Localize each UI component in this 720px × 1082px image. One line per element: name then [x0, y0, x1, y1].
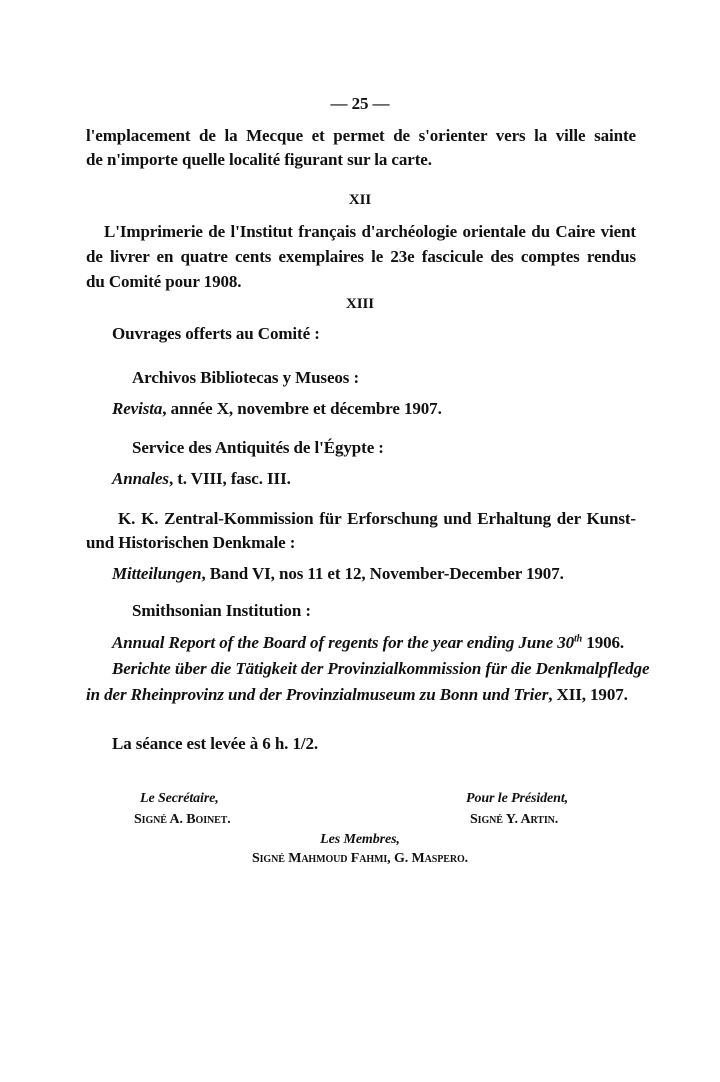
work-entry: Mitteilungen, Band VI, nos 11 et 12, Nov…	[112, 564, 564, 584]
members-role: Les Membres,	[0, 830, 720, 850]
donor-name: K. K. Zentral-Kommission für Erforschung…	[118, 509, 636, 529]
donor-name: Service des Antiquités de l'Égypte :	[132, 438, 384, 458]
work-details: , année X, novembre et décembre 1907.	[162, 399, 441, 418]
section-heading-xii: XII	[0, 190, 720, 210]
paragraph-line: L'Imprimerie de l'Institut français d'ar…	[104, 222, 636, 242]
closing-statement: La séance est levée à 6 h. 1/2.	[112, 734, 318, 754]
paragraph-line: de n'importe quelle localité figurant su…	[86, 150, 432, 170]
page-number: — 25 —	[0, 94, 720, 114]
work-title: Mitteilungen	[112, 564, 202, 583]
donor-name: und Historischen Denkmale :	[86, 533, 295, 553]
paragraph-line: de livrer en quatre cents exemplaires le…	[86, 247, 636, 267]
members-signature: Signé Mahmoud Fahmi, G. Maspero.	[0, 849, 720, 869]
president-signature: Signé Y. Artin.	[470, 810, 558, 830]
work-details: , Band VI, nos 11 et 12, November-Decemb…	[202, 564, 564, 583]
work-title: Revista	[112, 399, 162, 418]
work-details: , t. VIII, fasc. III.	[169, 469, 291, 488]
work-title: in der Rheinprovinz und der Provinzialmu…	[86, 685, 548, 704]
work-title: Annual Report of the Board of regents fo…	[112, 633, 574, 652]
paragraph-line: l'emplacement de la Mecque et permet de …	[86, 126, 636, 146]
secretary-signature: Signé A. Boinet.	[134, 810, 231, 830]
work-details: , XII, 1907.	[548, 685, 628, 704]
works-offered-intro: Ouvrages offerts au Comité :	[112, 324, 320, 344]
donor-name: Archivos Bibliotecas y Museos :	[132, 368, 359, 388]
ordinal-suffix: th	[574, 633, 582, 644]
paragraph-line: du Comité pour 1908.	[86, 272, 241, 292]
donor-name: Smithsonian Institution :	[132, 601, 311, 621]
work-entry: Berichte über die Tätigkeit der Provinzi…	[112, 659, 636, 679]
work-entry: Annual Report of the Board of regents fo…	[112, 633, 624, 653]
work-title: Annales	[112, 469, 169, 488]
work-entry: Annales, t. VIII, fasc. III.	[112, 469, 291, 489]
work-details: 1906.	[582, 633, 624, 652]
secretary-role: Le Secrétaire,	[140, 789, 219, 809]
president-role: Pour le Président,	[466, 789, 568, 809]
work-entry: in der Rheinprovinz und der Provinzialmu…	[86, 685, 628, 705]
section-heading-xiii: XIII	[0, 294, 720, 314]
work-entry: Revista, année X, novembre et décembre 1…	[112, 399, 442, 419]
